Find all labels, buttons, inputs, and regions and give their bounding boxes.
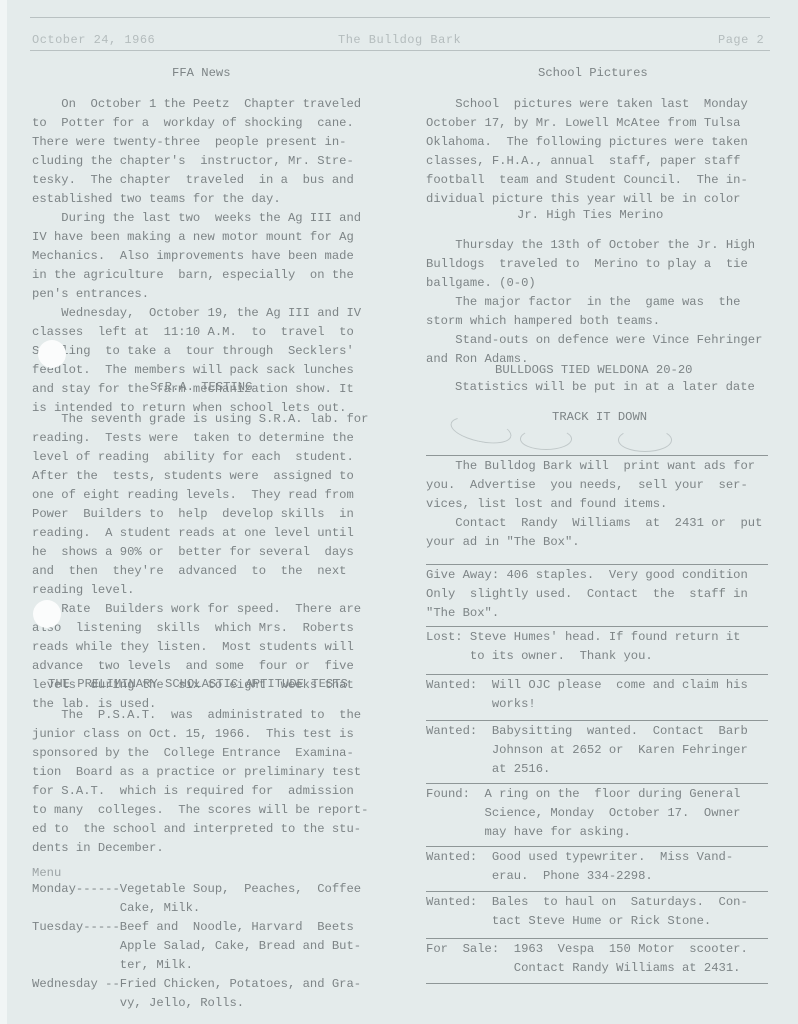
text-line: ter, Milk.: [32, 956, 361, 975]
ad-text-line: Only slightly used. Contact the staff in: [426, 585, 748, 604]
track-separator: [426, 455, 768, 456]
text-line: IV have been making a new motor mount fo…: [32, 228, 361, 247]
header-page-number: Page 2: [718, 33, 764, 47]
text-line: Mechanics. Also improvements have been m…: [32, 247, 361, 266]
header-top-rule: [30, 17, 770, 18]
text-line: pen's entrances.: [32, 285, 361, 304]
text-line: October 17, by Mr. Lowell McAtee from Tu…: [426, 114, 748, 133]
ad-separator: [426, 846, 768, 847]
ad-text-line: works!: [426, 695, 748, 714]
ad-text-line: at 2516.: [426, 760, 748, 779]
hole-punch: [33, 600, 61, 628]
ad-text-line: Lost: Steve Humes' head. If found return…: [426, 628, 741, 647]
psat-body: The P.S.A.T. was administrated to thejun…: [32, 706, 368, 858]
ad-separator: [426, 564, 768, 565]
text-line: dividual picture this year will be in co…: [426, 190, 748, 209]
text-line: During the last two weeks the Ag III and: [32, 209, 361, 228]
menu-list: Monday------Vegetable Soup, Peaches, Cof…: [32, 880, 361, 1013]
sra-testing-body: The seventh grade is using S.R.A. lab. f…: [32, 410, 368, 714]
text-line: cluding the chapter's instructor, Mr. St…: [32, 152, 361, 171]
text-line: Bulldogs traveled to Merino to play a ti…: [426, 255, 762, 274]
text-line: vices, list lost and found items.: [426, 495, 762, 514]
text-line: tion Board as a practice or preliminary …: [32, 763, 368, 782]
weldona-subtitle: Statistics will be put in at a later dat…: [455, 378, 755, 397]
sra-testing-title: S.R.A. TESTING: [150, 380, 252, 394]
header-date: October 24, 1966: [32, 33, 155, 47]
text-line: reading level.: [32, 581, 368, 600]
text-line: football team and Student Council. The i…: [426, 171, 748, 190]
ad-separator: [426, 626, 768, 627]
text-line: to Potter for a workday of shocking cane…: [32, 114, 361, 133]
text-line: Rate Builders work for speed. There are: [32, 600, 368, 619]
ad-text-line: Wanted: Good used typewriter. Miss Vand-: [426, 848, 733, 867]
ad-separator: [426, 783, 768, 784]
school-pictures-body: School pictures were taken last MondayOc…: [426, 95, 748, 209]
doodle-decoration: [448, 412, 514, 448]
text-line: The P.S.A.T. was administrated to the: [32, 706, 368, 725]
header-bottom-rule: [30, 50, 770, 51]
ad-text-line: Contact Randy Williams at 2431.: [426, 959, 748, 978]
text-line: advance two levels and some four or five: [32, 657, 368, 676]
text-line: you. Advertise you needs, sell your ser-: [426, 476, 762, 495]
text-line: Monday------Vegetable Soup, Peaches, Cof…: [32, 880, 361, 899]
text-line: reading. Tests were taken to determine t…: [32, 429, 368, 448]
ad-text-line: may have for asking.: [426, 823, 741, 842]
school-pictures-title: School Pictures: [538, 66, 648, 80]
ad-separator: [426, 720, 768, 721]
jr-high-title: Jr. High Ties Merino: [517, 208, 663, 222]
text-line: Stand-outs on defence were Vince Fehring…: [426, 331, 762, 350]
text-line: classes left at 11:10 A.M. to travel to: [32, 323, 361, 342]
text-line: to many colleges. The scores will be rep…: [32, 801, 368, 820]
ad-text-line: Wanted: Bales to haul on Saturdays. Con-: [426, 893, 748, 912]
text-line: ballgame. (0-0): [426, 274, 762, 293]
text-line: Tuesday-----Beef and Noodle, Harvard Bee…: [32, 918, 361, 937]
ad-separator: [426, 938, 768, 939]
text-line: Cake, Milk.: [32, 899, 361, 918]
ad-text-line: to its owner. Thank you.: [426, 647, 741, 666]
track-it-down-title: TRACK IT DOWN: [552, 410, 647, 424]
ad-separator: [426, 891, 768, 892]
ad-text-line: erau. Phone 334-2298.: [426, 867, 733, 886]
doodle-decoration: [618, 428, 672, 452]
text-line: storm which hampered both teams.: [426, 312, 762, 331]
text-line: vy, Jello, Rolls.: [32, 994, 361, 1013]
ffa-news-body: On October 1 the Peetz Chapter traveledt…: [32, 95, 361, 418]
ads-end-separator: [426, 983, 768, 984]
classified-ad: Give Away: 406 staples. Very good condit…: [426, 566, 748, 623]
ad-text-line: Wanted: Will OJC please come and claim h…: [426, 676, 748, 695]
text-line: Contact Randy Williams at 2431 or put: [426, 514, 762, 533]
text-line: School pictures were taken last Monday: [426, 95, 748, 114]
text-line: also listening skills which Mrs. Roberts: [32, 619, 368, 638]
doodle-decoration: [520, 428, 572, 450]
ad-text-line: Found: A ring on the floor during Genera…: [426, 785, 741, 804]
text-line: Wednesday --Fried Chicken, Potatoes, and…: [32, 975, 361, 994]
text-line: Power Builders to help develop skills in: [32, 505, 368, 524]
text-line: There were twenty-three people present i…: [32, 133, 361, 152]
header-paper-name: The Bulldog Bark: [338, 33, 461, 47]
text-line: reads while they listen. Most students w…: [32, 638, 368, 657]
text-line: junior class on Oct. 15, 1966. This test…: [32, 725, 368, 744]
text-line: feedlot. The members will pack sack lunc…: [32, 361, 361, 380]
text-line: The Bulldog Bark will print want ads for: [426, 457, 762, 476]
text-line: On October 1 the Peetz Chapter traveled: [32, 95, 361, 114]
jr-high-body: Thursday the 13th of October the Jr. Hig…: [426, 236, 762, 369]
ad-text-line: Science, Monday October 17. Owner: [426, 804, 741, 823]
ad-text-line: Give Away: 406 staples. Very good condit…: [426, 566, 748, 585]
ad-separator: [426, 674, 768, 675]
text-line: After the tests, students were assigned …: [32, 467, 368, 486]
ad-text-line: tact Steve Hume or Rick Stone.: [426, 912, 748, 931]
text-line: for S.A.T. which is required for admissi…: [32, 782, 368, 801]
classified-ad: Wanted: Good used typewriter. Miss Vand-…: [426, 848, 733, 886]
classified-ad: Wanted: Will OJC please come and claim h…: [426, 676, 748, 714]
text-line: The major factor in the game was the: [426, 293, 762, 312]
newspaper-page: October 24, 1966 The Bulldog Bark Page 2…: [0, 0, 798, 1024]
ad-text-line: Wanted: Babysitting wanted. Contact Barb: [426, 722, 748, 741]
text-line: tesky. The chapter traveled in a bus and: [32, 171, 361, 190]
page-left-edge: [0, 0, 7, 1024]
text-line: Apple Salad, Cake, Bread and But-: [32, 937, 361, 956]
text-line: he shows a 90% or better for several day…: [32, 543, 368, 562]
classified-ad: Wanted: Babysitting wanted. Contact Barb…: [426, 722, 748, 779]
classified-ad: Lost: Steve Humes' head. If found return…: [426, 628, 741, 666]
ad-text-line: For Sale: 1963 Vespa 150 Motor scooter.: [426, 940, 748, 959]
classified-ad: Wanted: Bales to haul on Saturdays. Con-…: [426, 893, 748, 931]
text-line: dents in December.: [32, 839, 368, 858]
text-line: ed to the school and interpreted to the …: [32, 820, 368, 839]
hole-punch: [38, 340, 66, 368]
text-line: and then they're advanced to the next: [32, 562, 368, 581]
text-line: your ad in "The Box".: [426, 533, 762, 552]
ad-text-line: Johnson at 2652 or Karen Fehringer: [426, 741, 748, 760]
text-line: sponsored by the College Entrance Examin…: [32, 744, 368, 763]
text-line: Oklahoma. The following pictures were ta…: [426, 133, 748, 152]
text-line: Sterling to take a tour through Secklers…: [32, 342, 361, 361]
classified-ad: Found: A ring on the floor during Genera…: [426, 785, 741, 842]
text-line: level of reading ability for each studen…: [32, 448, 368, 467]
weldona-title: BULLDOGS TIED WELDONA 20-20: [495, 363, 692, 377]
text-line: reading. A student reads at one level un…: [32, 524, 368, 543]
text-line: in the agriculture barn, especially on t…: [32, 266, 361, 285]
text-line: classes, F.H.A., annual staff, paper sta…: [426, 152, 748, 171]
classified-ad: For Sale: 1963 Vespa 150 Motor scooter. …: [426, 940, 748, 978]
text-line: The seventh grade is using S.R.A. lab. f…: [32, 410, 368, 429]
psat-title: THE PRELIMINARY SCHOLASTIC APTITUDE TEST…: [48, 677, 348, 691]
text-line: one of eight reading levels. They read f…: [32, 486, 368, 505]
ad-text-line: "The Box".: [426, 604, 748, 623]
text-line: Thursday the 13th of October the Jr. Hig…: [426, 236, 762, 255]
ffa-news-title: FFA News: [172, 66, 231, 80]
text-line: established two teams for the day.: [32, 190, 361, 209]
track-it-down-body: The Bulldog Bark will print want ads for…: [426, 457, 762, 552]
text-line: Wednesday, October 19, the Ag III and IV: [32, 304, 361, 323]
